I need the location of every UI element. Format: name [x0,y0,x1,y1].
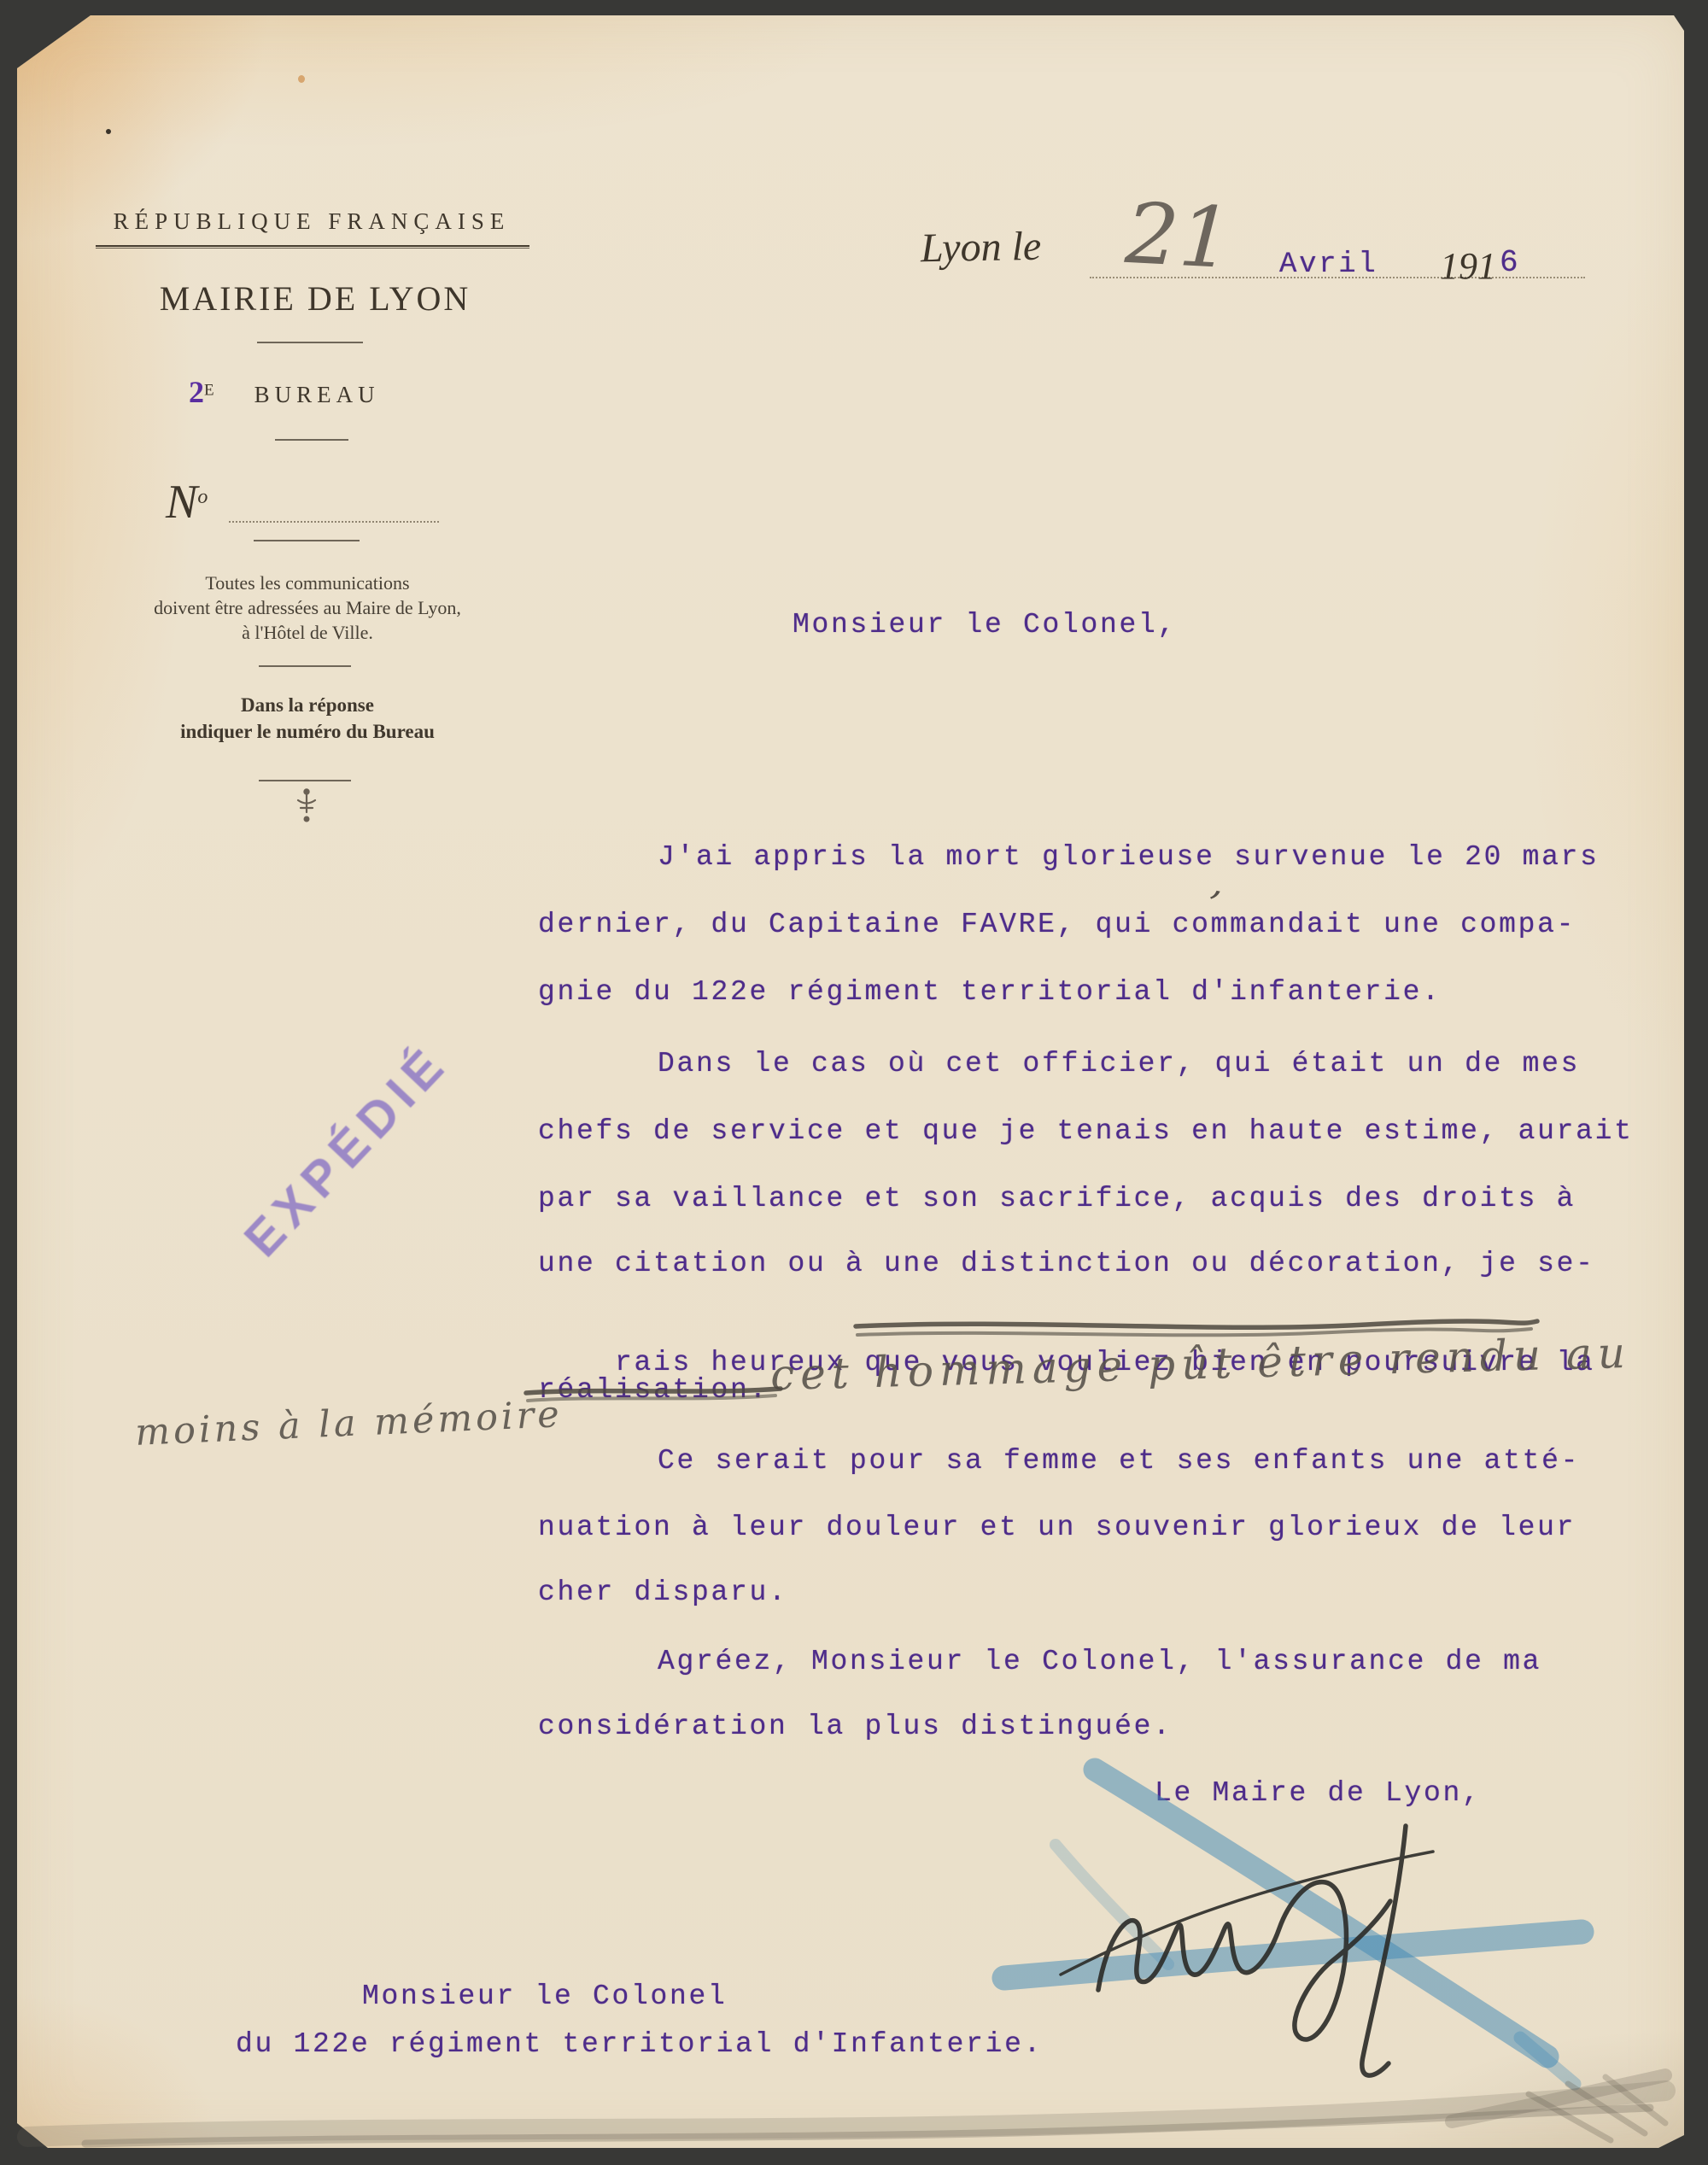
handwritten-day: 21 [1124,192,1235,281]
body-line: chefs de service et que je tenais en hau… [538,1115,1634,1149]
signoff: Le Maire de Lyon, [1155,1776,1482,1811]
scanned-letter-page: RÉPUBLIQUE FRANÇAISE MAIRIE DE LYON 2E B… [0,0,1708,2165]
letterhead-bureau: 2E BUREAU [189,374,380,410]
dateline-place: Lyon le [921,223,1042,272]
body-line: nuation à leur douleur et un souvenir gl… [538,1511,1576,1545]
letterhead-mairie: MAIRIE DE LYON [98,278,532,319]
dateline-year-digit: 6 [1500,246,1520,280]
body-line: une citation ou à une distinction ou déc… [538,1247,1595,1281]
bureau-ordinal: E [204,381,215,399]
footer-address-line: Monsieur le Colonel [362,1980,728,2014]
letterhead-divider [259,780,351,781]
letterhead-rule [96,245,529,249]
letterhead-republic: RÉPUBLIQUE FRANÇAISE [98,208,525,235]
letterhead-divider [259,665,351,667]
rust-speck [298,75,305,83]
dateline-year-printed: 191 [1440,244,1496,288]
notice-line: à l'Hôtel de Ville. [90,620,525,645]
letterhead-notice: Toutes les communications doivent être a… [90,571,525,645]
numero-label: No [166,475,208,530]
reply-note-line: Dans la réponse [107,692,508,718]
body-line: considération la plus distinguée. [538,1710,1173,1744]
struck-line: réalisation. [538,1373,769,1407]
fleuron-ornament-icon [294,787,319,825]
body-line: J'ai appris la mort glorieuse survenue l… [658,840,1600,875]
letterhead-reply-note: Dans la réponse indiquer le numéro du Bu… [107,692,508,745]
body-line: Ce serait pour sa femme et ses enfants u… [658,1444,1580,1478]
letterhead-divider [254,540,360,541]
numero-dotted-line [229,485,439,523]
ink-speck [106,129,111,134]
letter-paper [17,15,1684,2148]
body-line: gnie du 122e régiment territorial d'infa… [538,975,1442,1009]
body-line: Dans le cas où cet officier, qui était u… [658,1047,1580,1081]
notice-line: doivent être adressées au Maire de Lyon, [90,595,525,620]
bureau-number: 2 [189,375,204,409]
footer-address-line: du 122e régiment territorial d'Infanteri… [236,2027,1043,2062]
letterhead-divider [275,439,348,441]
reply-note-line: indiquer le numéro du Bureau [107,718,508,745]
body-line: par sa vaillance et son sacrifice, acqui… [538,1182,1576,1216]
letterhead-divider [257,342,363,343]
dateline-month: Avril [1279,248,1378,282]
numero-n: N [166,476,197,529]
bureau-word: BUREAU [254,382,380,407]
body-line: dernier, du Capitaine FAVRE, qui command… [538,908,1576,942]
numero-ordinal: o [197,486,208,508]
body-line: cher disparu. [538,1576,788,1610]
notice-line: Toutes les communications [90,571,525,595]
salutation: Monsieur le Colonel, [793,608,1177,642]
body-line: Agréez, Monsieur le Colonel, l'assurance… [658,1645,1541,1679]
